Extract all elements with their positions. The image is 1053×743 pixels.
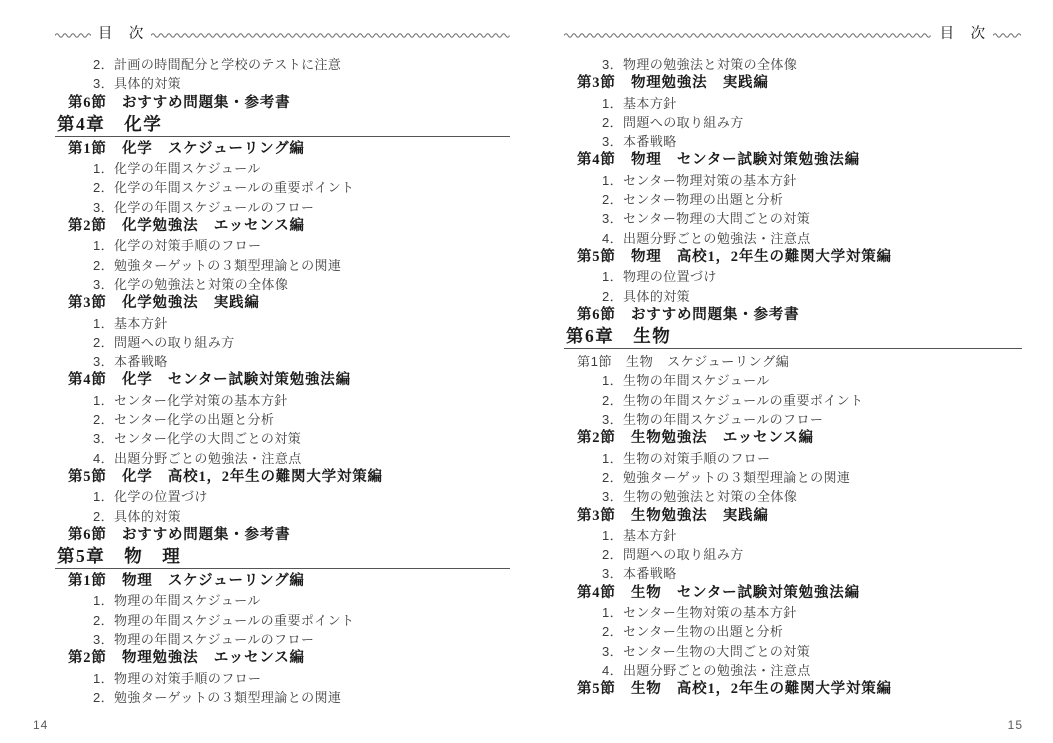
page-number: 14	[33, 718, 48, 732]
toc-section-heading: 第2節 物理勉強法 エッセンス編	[55, 649, 510, 668]
toc-item: 2．物理の年間スケジュールの重要ポイント	[55, 611, 510, 630]
toc-section-heading: 第6節 おすすめ問題集・参考書	[55, 94, 510, 113]
toc-header-right: 目 次	[564, 26, 1022, 43]
toc-item: 2．センター生物の出題と分析	[564, 622, 1022, 641]
toc-item: 1．化学の年間スケジュール	[55, 159, 510, 178]
toc-item: 3．物理の勉強法と対策の全体像	[564, 55, 1022, 74]
toc-item: 3．生物の勉強法と対策の全体像	[564, 487, 1022, 506]
toc-item: 3．センター物理の大問ごとの対策	[564, 209, 1022, 228]
toc-entries-right: 3．物理の勉強法と対策の全体像第3節 物理勉強法 実践編1．基本方針2．問題への…	[564, 55, 1022, 700]
toc-section-heading: 第5節 物理 高校1，2年生の難関大学対策編	[564, 248, 1022, 267]
squiggle-ornament-left	[55, 30, 91, 39]
toc-section-heading: 第2節 化学勉強法 エッセンス編	[55, 217, 510, 236]
toc-section-heading: 第3節 生物勉強法 実践編	[564, 507, 1022, 526]
toc-item: 2．化学の年間スケジュールの重要ポイント	[55, 178, 510, 197]
squiggle-ornament-left	[564, 30, 933, 39]
book-page-right: 目 次 3．物理の勉強法と対策の全体像第3節 物理勉強法 実践編1．基本方針2．…	[564, 26, 1022, 700]
toc-item: 3．化学の勉強法と対策の全体像	[55, 275, 510, 294]
toc-section-heading: 第5節 化学 高校1，2年生の難関大学対策編	[55, 468, 510, 487]
book-page-left: 目 次 2．計画の時間配分と学校のテストに注意3．具体的対策第6節 おすすめ問題…	[55, 26, 510, 707]
toc-section-heading: 第3節 物理勉強法 実践編	[564, 74, 1022, 93]
toc-item: 2．問題への取り組み方	[564, 545, 1022, 564]
toc-item: 1．化学の対策手順のフロー	[55, 236, 510, 255]
squiggle-ornament-right	[151, 30, 510, 39]
toc-section-heading: 第5節 生物 高校1，2年生の難関大学対策編	[564, 680, 1022, 699]
toc-item: 1．基本方針	[564, 94, 1022, 113]
toc-item: 3．物理の年間スケジュールのフロー	[55, 630, 510, 649]
toc-item: 3．具体的対策	[55, 74, 510, 93]
squiggle-ornament-right	[993, 30, 1022, 39]
toc-item: 3．センター生物の大問ごとの対策	[564, 642, 1022, 661]
toc-header-title: 目 次	[98, 26, 145, 43]
toc-section-heading: 第6節 おすすめ問題集・参考書	[55, 526, 510, 545]
toc-item: 2．生物の年間スケジュールの重要ポイント	[564, 391, 1022, 410]
toc-chapter-heading: 第5章 物 理	[55, 546, 510, 569]
toc-item: 1．化学の位置づけ	[55, 487, 510, 506]
toc-item: 2．勉強ターゲットの３類型理論との関連	[55, 256, 510, 275]
toc-item: 4．出題分野ごとの勉強法・注意点	[55, 449, 510, 468]
toc-item: 3．本番戦略	[564, 132, 1022, 151]
toc-item: 2．具体的対策	[564, 287, 1022, 306]
toc-item: 3．化学の年間スケジュールのフロー	[55, 198, 510, 217]
toc-chapter-heading: 第4章 化学	[55, 114, 510, 137]
toc-item: 3．センター化学の大問ごとの対策	[55, 429, 510, 448]
toc-item: 1．センター生物対策の基本方針	[564, 603, 1022, 622]
toc-item: 4．出題分野ごとの勉強法・注意点	[564, 229, 1022, 248]
toc-item: 4．出題分野ごとの勉強法・注意点	[564, 661, 1022, 680]
toc-section-heading: 第3節 化学勉強法 実践編	[55, 294, 510, 313]
toc-item: 1．センター化学対策の基本方針	[55, 391, 510, 410]
toc-item: 2．具体的対策	[55, 507, 510, 526]
toc-item: 1．物理の年間スケジュール	[55, 591, 510, 610]
toc-item: 3．本番戦略	[564, 564, 1022, 583]
page-number: 15	[1008, 718, 1023, 732]
toc-item: 1．センター物理対策の基本方針	[564, 171, 1022, 190]
toc-item: 1．生物の年間スケジュール	[564, 371, 1022, 390]
toc-header-left: 目 次	[55, 26, 510, 43]
toc-chapter-heading: 第6章 生物	[564, 326, 1022, 349]
toc-item: 2．勉強ターゲットの３類型理論との関連	[564, 468, 1022, 487]
toc-item: 1．生物の対策手順のフロー	[564, 449, 1022, 468]
toc-item: 2．勉強ターゲットの３類型理論との関連	[55, 688, 510, 707]
toc-item: 2．問題への取り組み方	[564, 113, 1022, 132]
toc-item: 3．本番戦略	[55, 352, 510, 371]
toc-section-heading: 第6節 おすすめ問題集・参考書	[564, 306, 1022, 325]
toc-item: 1．物理の対策手順のフロー	[55, 669, 510, 688]
toc-section-heading: 第4節 生物 センター試験対策勉強法編	[564, 584, 1022, 603]
toc-section-heading: 第1節 化学 スケジューリング編	[55, 140, 510, 159]
toc-header-title: 目 次	[940, 26, 987, 43]
toc-item: 2．センター物理の出題と分析	[564, 190, 1022, 209]
toc-item: 1．基本方針	[55, 314, 510, 333]
toc-section-heading: 第4節 物理 センター試験対策勉強法編	[564, 151, 1022, 170]
toc-item: 1．基本方針	[564, 526, 1022, 545]
toc-section-heading: 第1節 物理 スケジューリング編	[55, 572, 510, 591]
toc-item: 1．物理の位置づけ	[564, 267, 1022, 286]
toc-section-heading: 第2節 生物勉強法 エッセンス編	[564, 429, 1022, 448]
toc-item: 3．生物の年間スケジュールのフロー	[564, 410, 1022, 429]
toc-entries-left: 2．計画の時間配分と学校のテストに注意3．具体的対策第6節 おすすめ問題集・参考…	[55, 55, 510, 707]
toc-section-heading: 第4節 化学 センター試験対策勉強法編	[55, 371, 510, 390]
toc-item: 2．計画の時間配分と学校のテストに注意	[55, 55, 510, 74]
toc-item: 2．センター化学の出題と分析	[55, 410, 510, 429]
toc-section-heading: 第1節 生物 スケジューリング編	[564, 352, 1022, 371]
toc-item: 2．問題への取り組み方	[55, 333, 510, 352]
